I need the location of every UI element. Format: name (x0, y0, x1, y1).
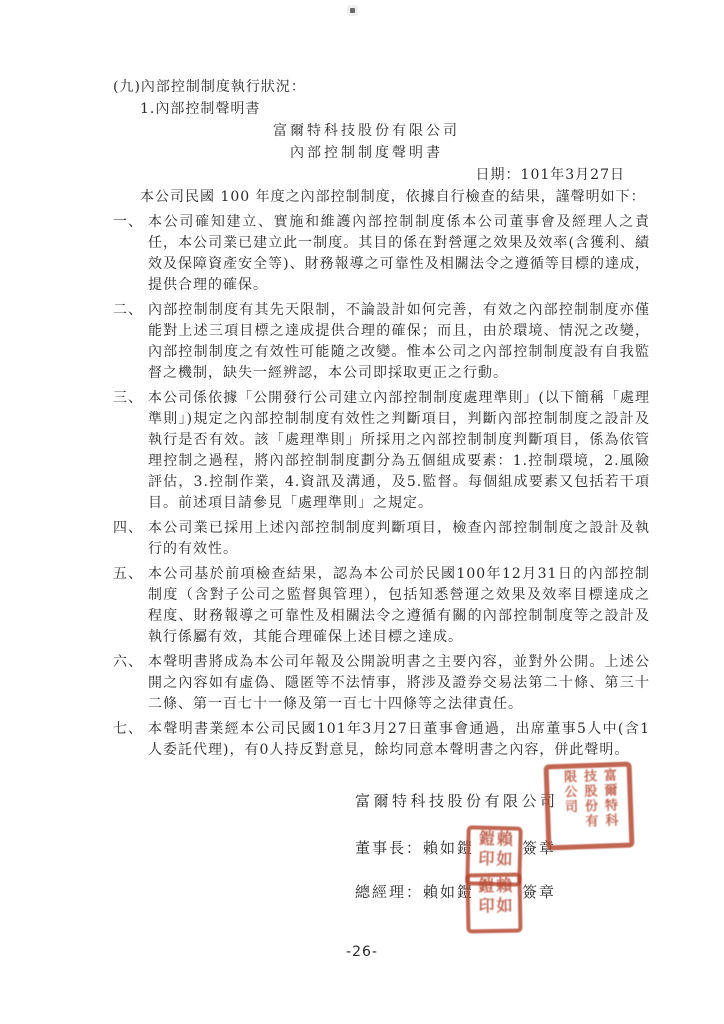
item-text: 本聲明書將成為本公司年報及公開說明書之主要內容，並對外公開。上述公開之內容如有虛… (148, 652, 650, 715)
statement-item-5: 五、 本公司基於前項檢查結果，認為本公司於民國100年12月31日的內部控制制度… (113, 564, 650, 648)
scan-artifact-dot (350, 8, 355, 13)
item-marker: 五、 (113, 564, 148, 648)
general-manager-label: 總經理： (355, 881, 423, 902)
item-marker: 四、 (113, 518, 148, 560)
item-marker: 三、 (113, 388, 148, 514)
sub-heading: 1.內部控制聲明書 (113, 98, 650, 120)
document-body: (九)內部控制制度執行狀況： 1.內部控制聲明書 富爾特科技股份有限公司 內部控… (113, 76, 650, 765)
item-text: 本公司業已採用上述內部控制制度判斷項目，檢查內部控制制度之設計及執行的有效性。 (148, 518, 650, 560)
document-page: (九)內部控制制度執行狀況： 1.內部控制聲明書 富爾特科技股份有限公司 內部控… (0, 0, 724, 1024)
statement-item-1: 一、 本公司確知建立、實施和維護內部控制制度係本公司董事會及經理人之責任，本公司… (113, 212, 650, 296)
signature-company-name: 富爾特科技股份有限公司 (355, 790, 559, 811)
intro-paragraph: 本公司民國 100 年度之內部控制制度，依據自行檢查的結果，謹聲明如下： (113, 186, 650, 208)
item-marker: 一、 (113, 212, 148, 296)
company-seal-stamp: 富爾特科技股份有限公司 (544, 761, 635, 850)
item-marker: 七、 (113, 719, 148, 761)
date-line: 日期：101年3月27日 (113, 164, 650, 186)
statement-items: 一、 本公司確知建立、實施和維護內部控制制度係本公司董事會及經理人之責任，本公司… (113, 212, 650, 761)
item-text: 本聲明書業經本公司民國101年3月27日董事會通過，出席董事5人中(含1人委託代… (148, 719, 650, 761)
item-text: 本公司係依據「公開發行公司建立內部控制制度處理準則」(以下簡稱「處理準則」)規定… (148, 388, 650, 514)
statement-item-2: 二、 內部控制制度有其先天限制，不論設計如何完善，有效之內部控制制度亦僅能對上述… (113, 300, 650, 384)
page-number: -26- (0, 944, 724, 960)
item-marker: 二、 (113, 300, 148, 384)
statement-item-3: 三、 本公司係依據「公開發行公司建立內部控制制度處理準則」(以下簡稱「處理準則」… (113, 388, 650, 514)
statement-item-4: 四、 本公司業已採用上述內部控制制度判斷項目，檢查內部控制制度之設計及執行的有效… (113, 518, 650, 560)
general-manager-signature-line: 總經理： 賴如鎧 簽章 (355, 881, 556, 902)
item-text: 本公司確知建立、實施和維護內部控制制度係本公司董事會及經理人之責任，本公司業已建… (148, 212, 650, 296)
general-manager-seal-stamp: 賴如鎧印 (465, 873, 522, 934)
chairman-signature-line: 董事長： 賴如鎧 簽章 (355, 837, 556, 858)
item-text: 本公司基於前項檢查結果，認為本公司於民國100年12月31日的內部控制制度（含對… (148, 564, 650, 648)
chairman-label: 董事長： (355, 837, 423, 858)
document-title: 內部控制制度聲明書 (113, 142, 650, 164)
statement-item-7: 七、 本聲明書業經本公司民國101年3月27日董事會通過，出席董事5人中(含1人… (113, 719, 650, 761)
general-manager-seal-caption: 簽章 (522, 881, 556, 902)
item-marker: 六、 (113, 652, 148, 715)
section-heading: (九)內部控制制度執行狀況： (113, 76, 650, 98)
item-text: 內部控制制度有其先天限制，不論設計如何完善，有效之內部控制制度亦僅能對上述三項目… (148, 300, 650, 384)
statement-item-6: 六、 本聲明書將成為本公司年報及公開說明書之主要內容，並對外公開。上述公開之內容… (113, 652, 650, 715)
company-name-heading: 富爾特科技股份有限公司 (113, 120, 650, 142)
